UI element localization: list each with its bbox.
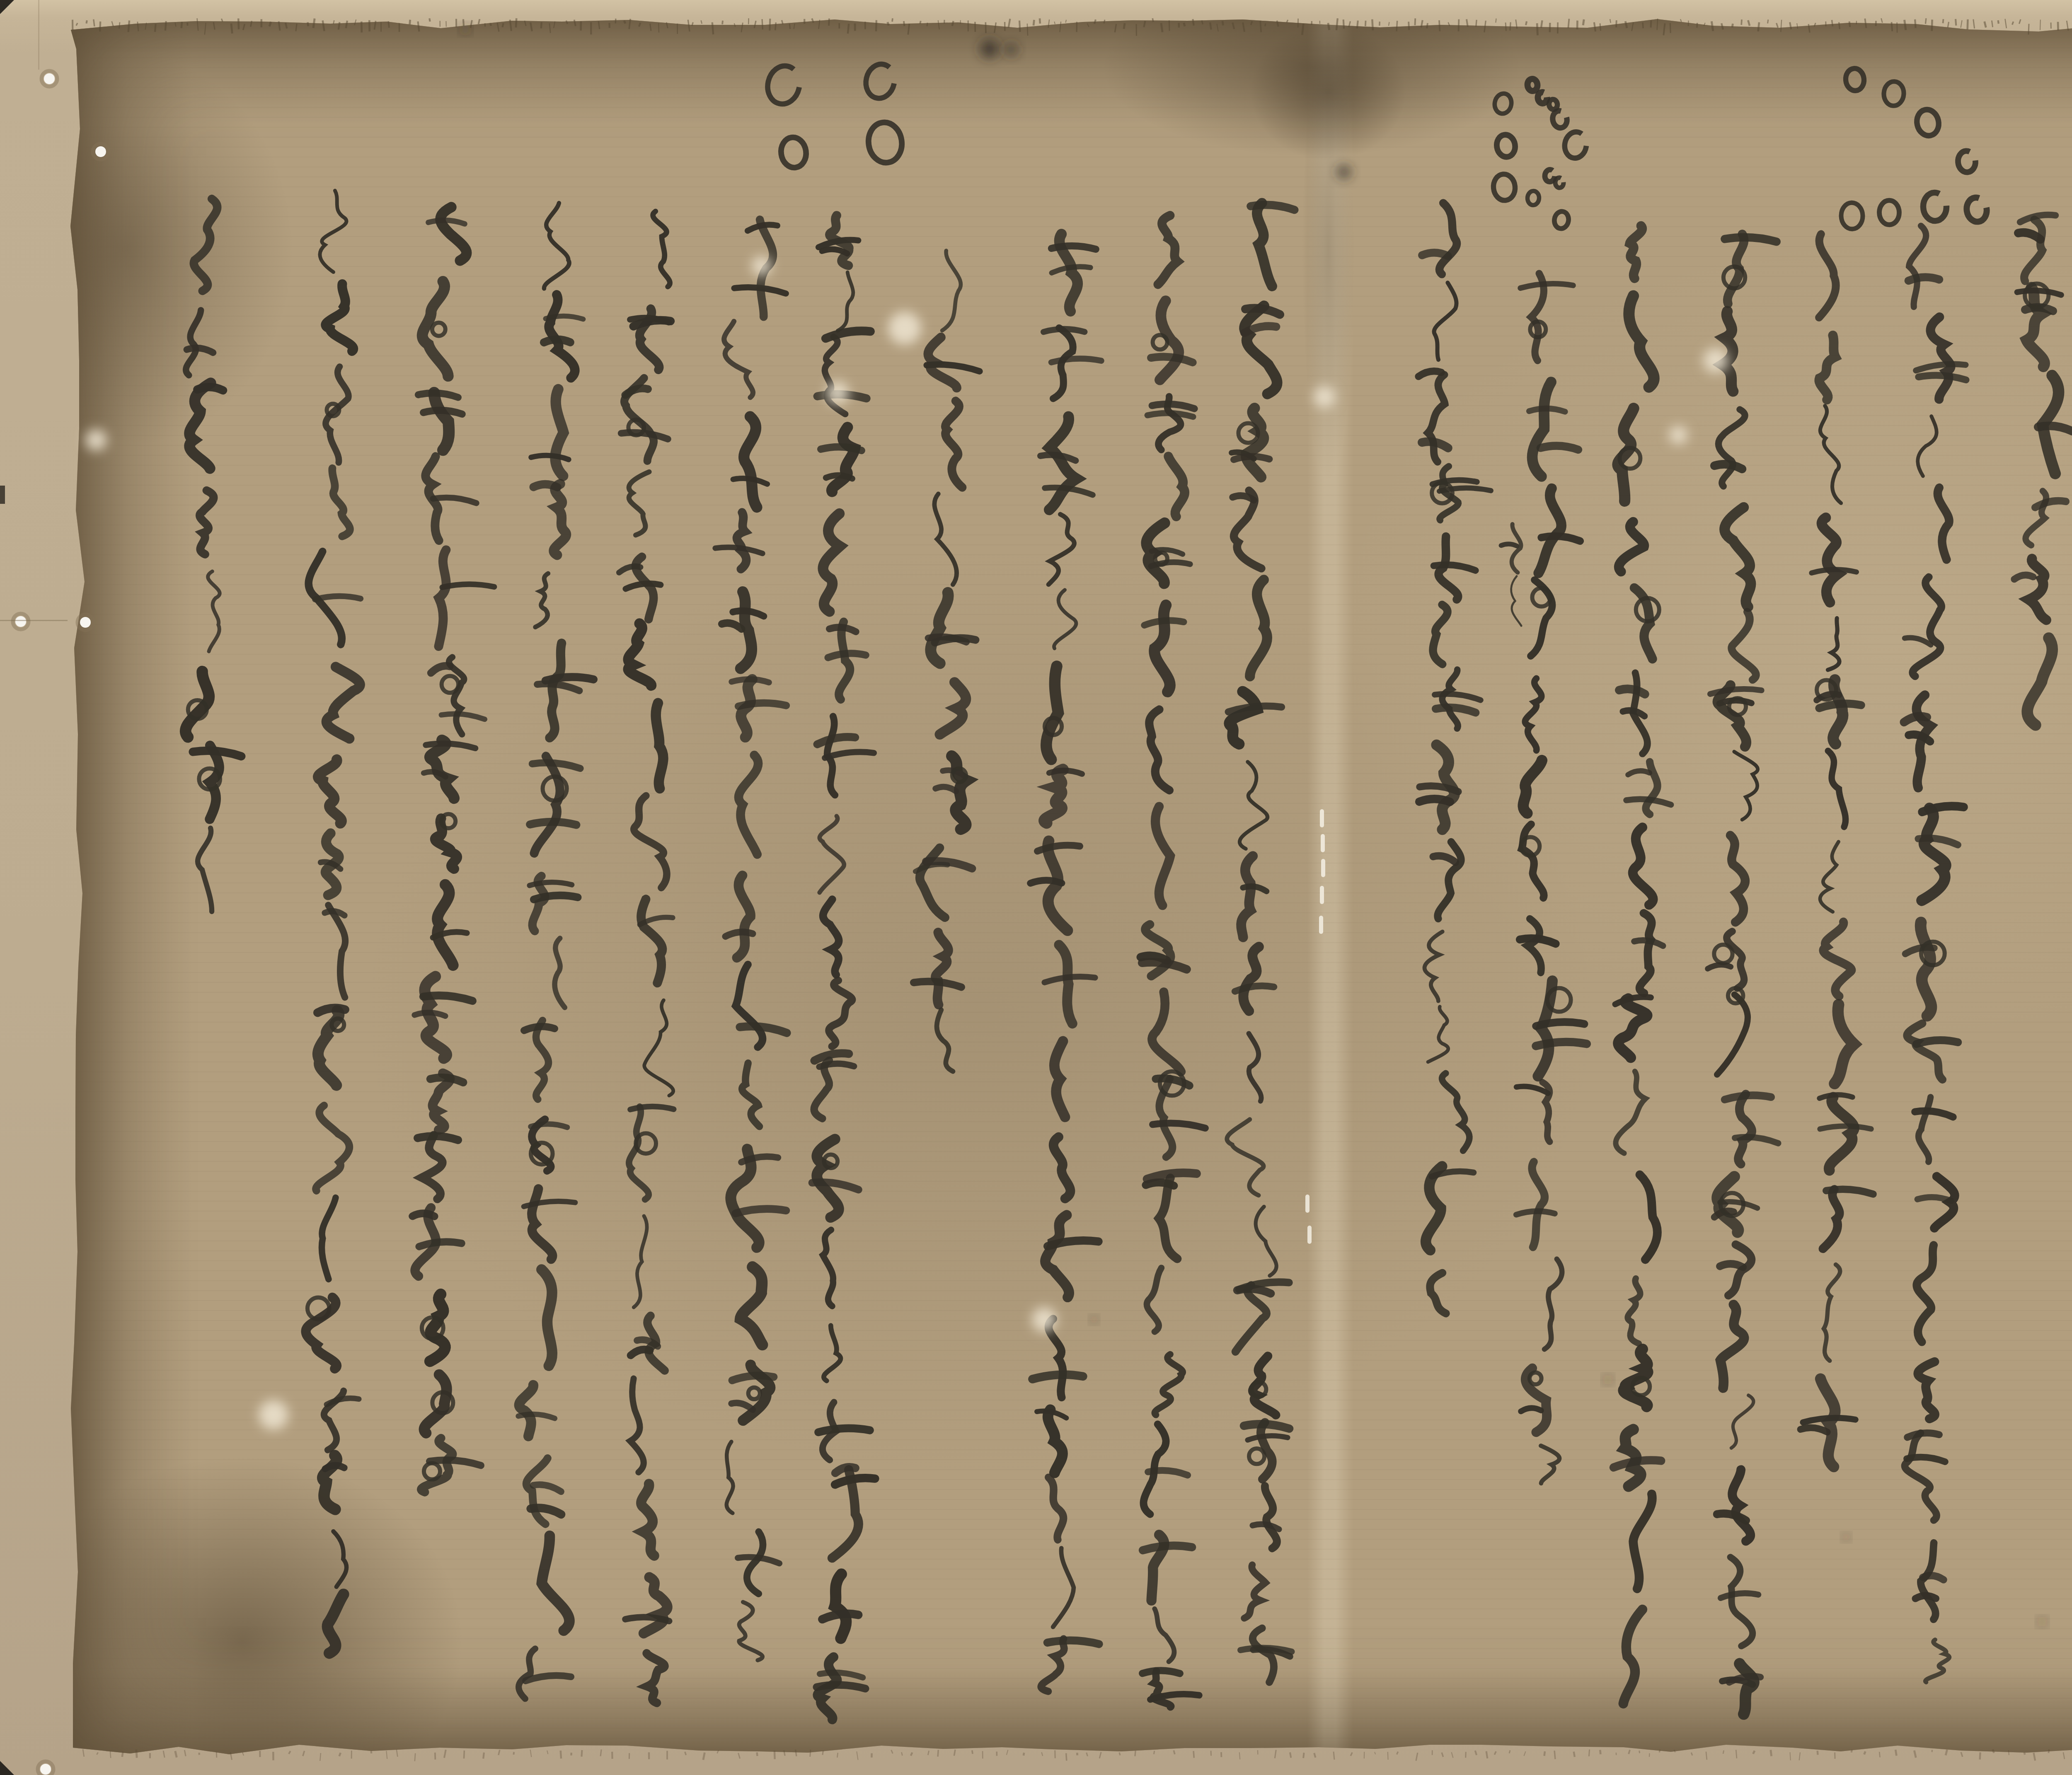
pinhole-shadow [13,614,29,629]
mount-crease-line [0,620,68,621]
pinhole [44,73,55,84]
manuscript-sheet [68,17,2072,1756]
photo-corner-mark [0,1761,14,1775]
edge-nick [0,486,5,504]
pinhole-shadow [41,71,57,87]
pinhole [15,616,26,627]
pinhole [40,1764,51,1775]
pinhole-shadow [38,1761,53,1775]
photograph-of-manuscript: 5 [0,0,2072,1775]
mount-crease-line [38,0,39,70]
photo-corner-mark [0,0,14,14]
